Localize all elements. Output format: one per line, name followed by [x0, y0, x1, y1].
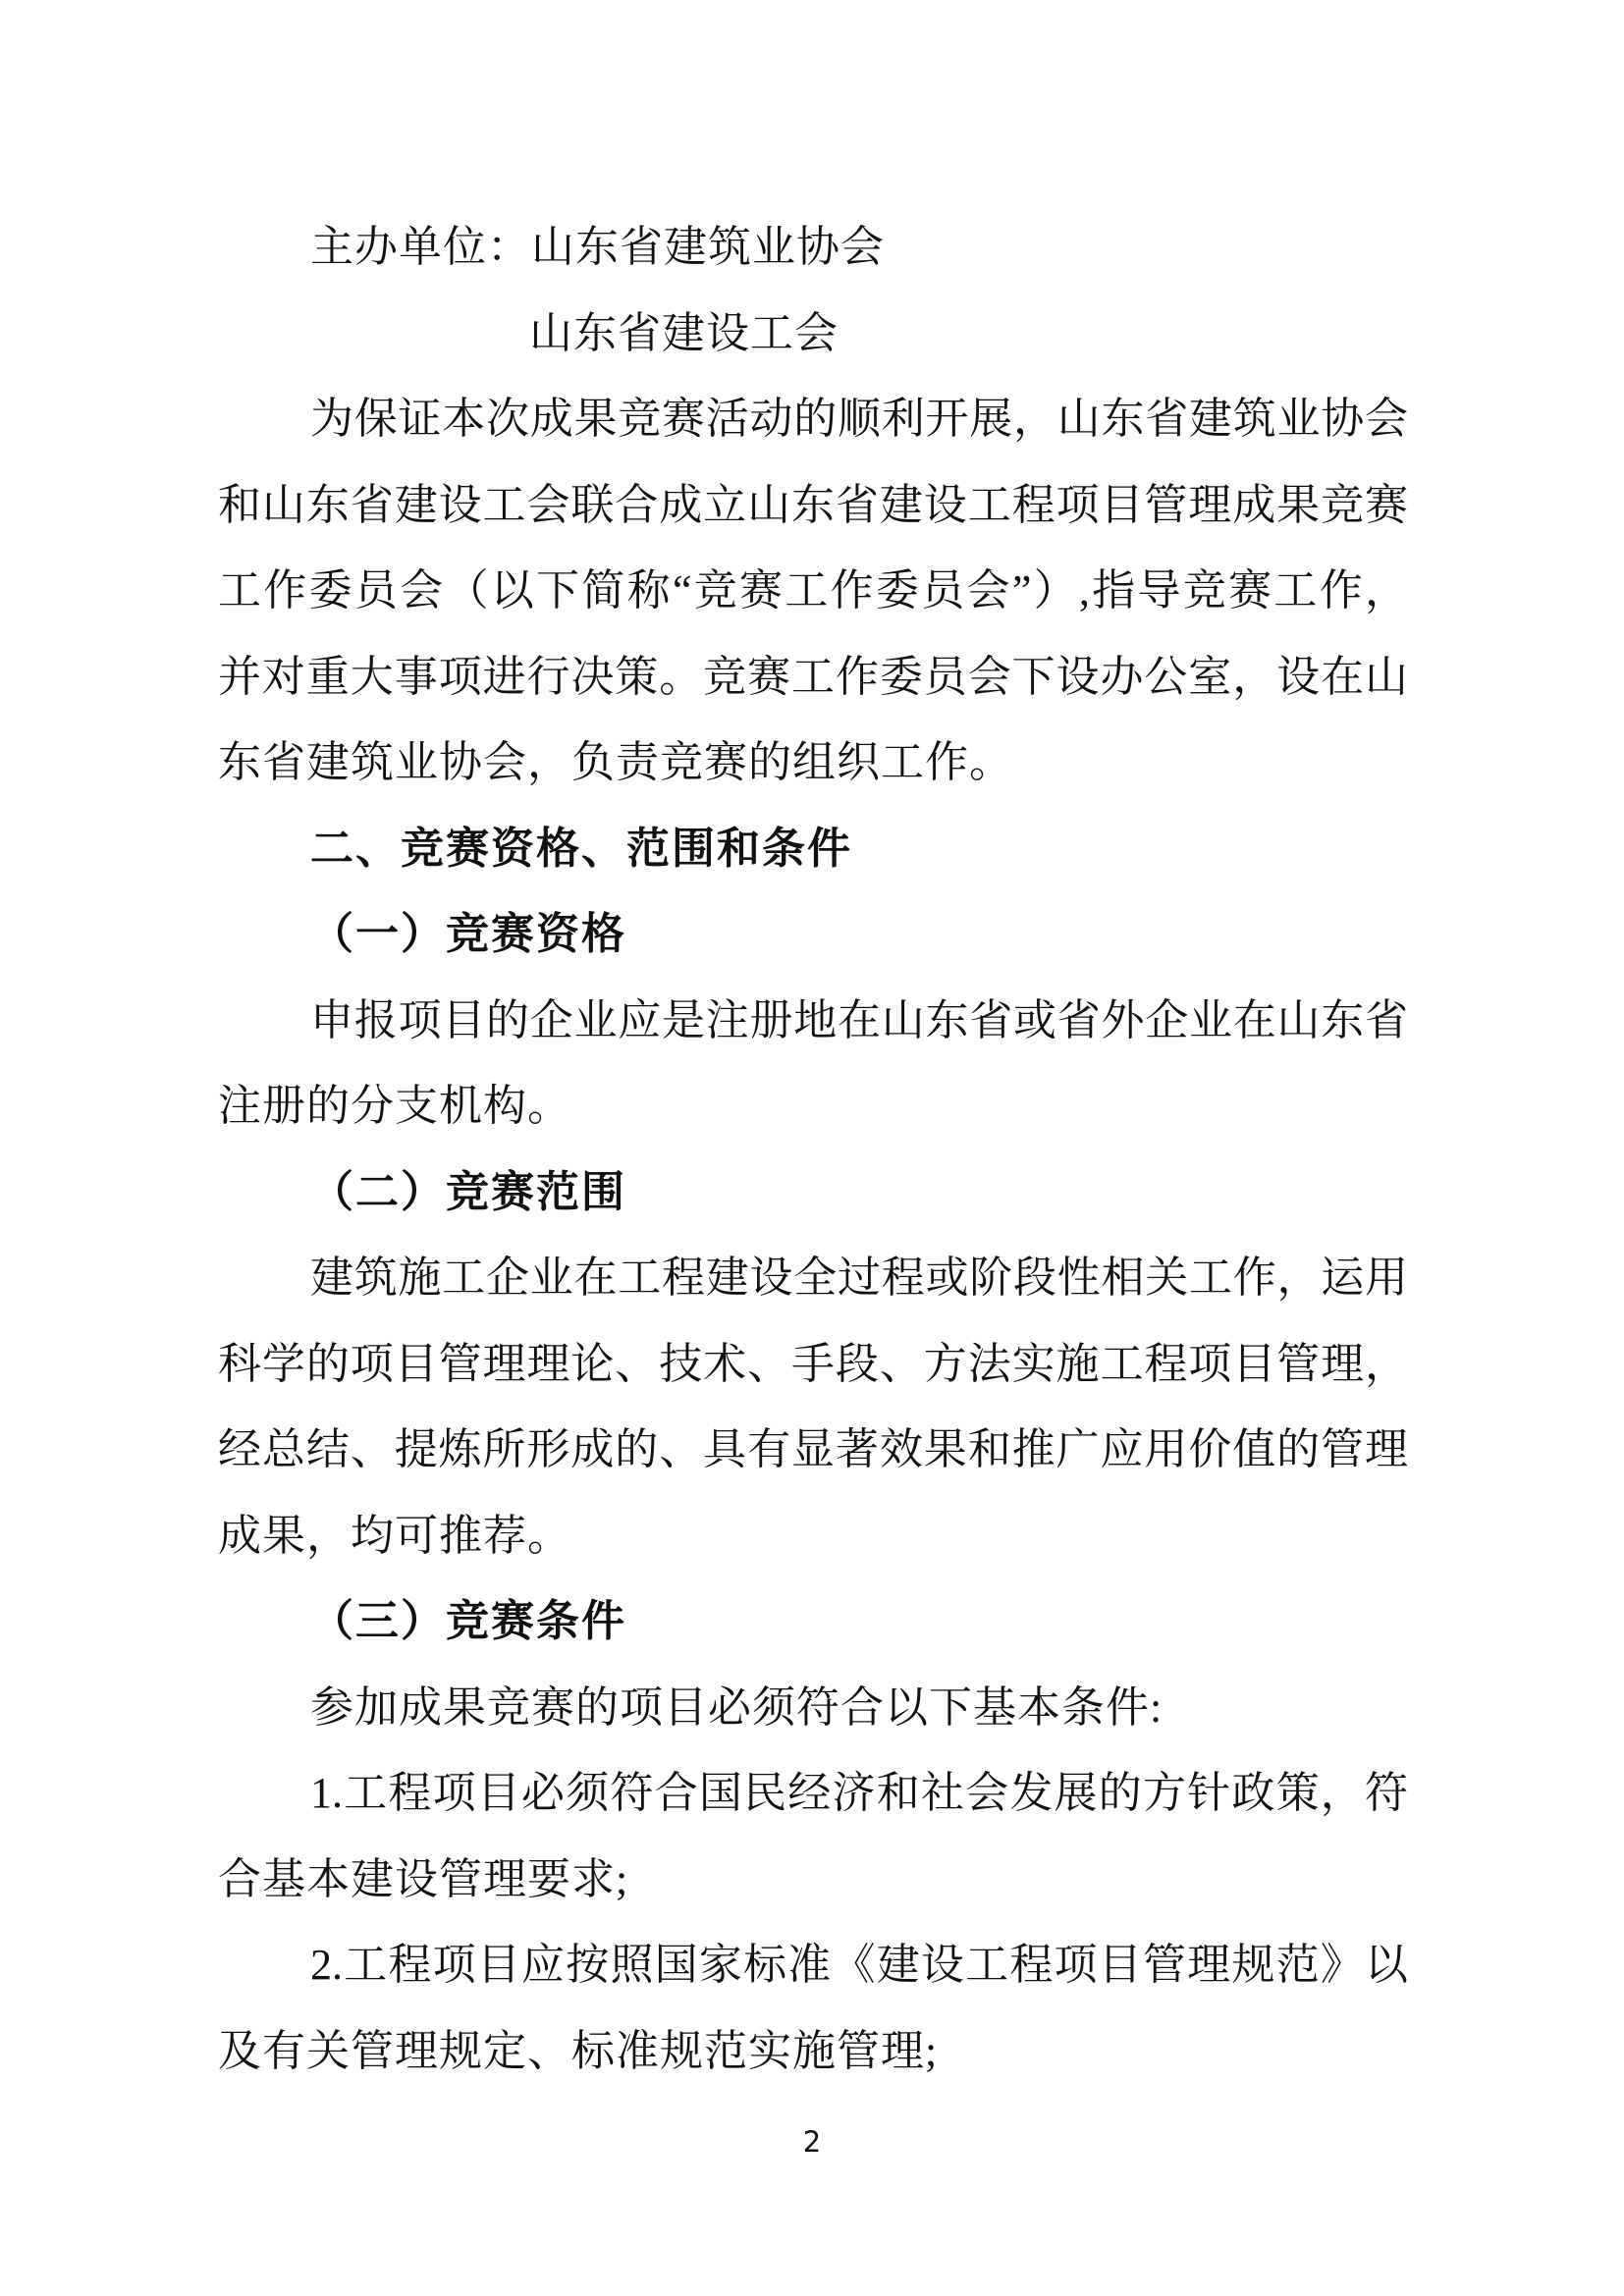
condition-1-line-2: 合基本建设管理要求; [218, 1837, 1408, 1923]
conditions-intro-line: 参加成果竞赛的项目必须符合以下基本条件: [218, 1665, 1408, 1751]
qualification-line-1: 申报项目的企业应是注册地在山东省或省外企业在山东省 [218, 978, 1408, 1064]
host-unit-line-1: 主办单位：山东省建筑业协会 [218, 204, 1408, 291]
document-body: 主办单位：山东省建筑业协会 山东省建设工会 为保证本次成果竞赛活动的顺利开展，山… [218, 204, 1408, 2094]
subheading-conditions: （三）竞赛条件 [218, 1578, 1408, 1665]
subheading-qualification: （一）竞赛资格 [218, 891, 1408, 978]
document-page: 主办单位：山东省建筑业协会 山东省建设工会 为保证本次成果竞赛活动的顺利开展，山… [0, 0, 1624, 2296]
scope-line-4: 成果，均可推荐。 [218, 1493, 1408, 1579]
subheading-scope: （二）竞赛范围 [218, 1149, 1408, 1236]
condition-1-line-1: 1.工程项目必须符合国民经济和社会发展的方针政策，符 [218, 1750, 1408, 1837]
paragraph-intro-line-4: 并对重大事项进行决策。竞赛工作委员会下设办公室，设在山 [218, 634, 1408, 721]
qualification-line-2: 注册的分支机构。 [218, 1063, 1408, 1149]
scope-line-2: 科学的项目管理理论、技术、手段、方法实施工程项目管理， [218, 1321, 1408, 1408]
paragraph-intro-line-3: 工作委员会（以下简称“竞赛工作委员会”）,指导竞赛工作， [218, 548, 1408, 634]
condition-2-line-1: 2.工程项目应按照国家标准《建设工程项目管理规范》以 [218, 1922, 1408, 2008]
host-unit-line-2: 山东省建设工会 [218, 291, 1408, 377]
paragraph-intro-line-2: 和山东省建设工会联合成立山东省建设工程项目管理成果竞赛 [218, 462, 1408, 549]
page-number: 2 [0, 2120, 1624, 2163]
section-heading-2: 二、竞赛资格、范围和条件 [218, 806, 1408, 892]
scope-line-1: 建筑施工企业在工程建设全过程或阶段性相关工作，运用 [218, 1235, 1408, 1321]
paragraph-intro-line-1: 为保证本次成果竞赛活动的顺利开展，山东省建筑业协会 [218, 376, 1408, 462]
condition-2-line-2: 及有关管理规定、标准规范实施管理; [218, 2008, 1408, 2095]
paragraph-intro-line-5: 东省建筑业协会，负责竞赛的组织工作。 [218, 720, 1408, 806]
scope-line-3: 经总结、提炼所形成的、具有显著效果和推广应用价值的管理 [218, 1407, 1408, 1493]
